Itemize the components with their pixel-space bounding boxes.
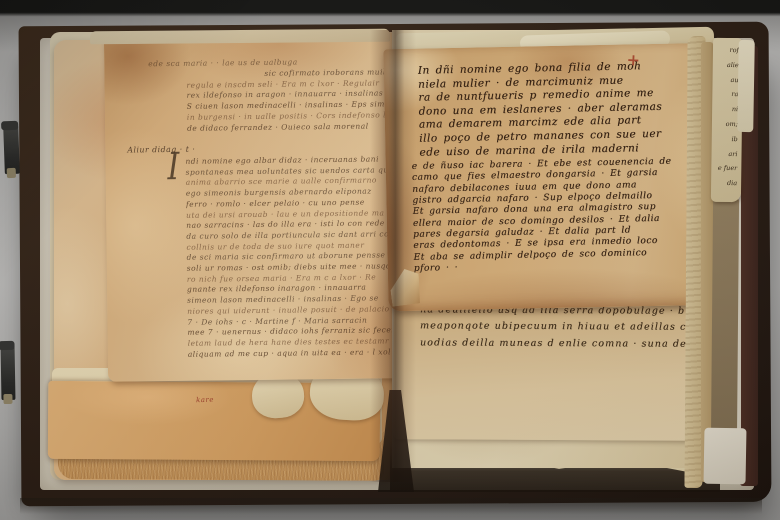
manuscript-text-line: aliquam ad me cup · aqua in uita ea · er… bbox=[188, 347, 400, 360]
fragment-text-line: dia bbox=[711, 176, 737, 191]
upper-charter-leaf: + In dñi nomine ego bona filia de mohnie… bbox=[383, 43, 722, 312]
manuscript-text-line: de didaco ferrandez · Ouieco sala morena… bbox=[147, 121, 397, 135]
fragment-text-line: au bbox=[712, 72, 738, 87]
fragment-text-line: rof bbox=[713, 43, 739, 58]
illuminated-initial: I bbox=[167, 149, 179, 187]
left-page-text-block-main: ndi nomine ego albar didaz · inceruanas … bbox=[185, 154, 399, 360]
fragment-text-line: ib bbox=[712, 132, 738, 147]
marginal-note: kare bbox=[196, 396, 214, 405]
charter-text-body: e de ñuso iac barera · Et ebe est couene… bbox=[386, 154, 722, 276]
floor-shadow bbox=[20, 498, 762, 514]
manuscript-text-line: meaponqote ubipecuum in hiuau et adeilla… bbox=[420, 319, 694, 337]
fragment-text-line: ari bbox=[711, 146, 737, 161]
manuscript-text-line: uodias deilla muneas d enlie comna · sun… bbox=[420, 335, 694, 353]
manuscript-photo: kare ede sca maria · · lae us de ualbuga… bbox=[0, 0, 780, 520]
fragment-text-line: ra bbox=[712, 87, 738, 102]
fragment-text-line: om; bbox=[712, 117, 738, 132]
charter-text-opening: In dñi nomine ego bona filia de mohniela… bbox=[383, 43, 719, 161]
fore-edge-leaf-dark bbox=[711, 198, 739, 446]
book-clasp bbox=[1, 344, 16, 400]
left-manuscript-page: ede sca maria · · lae us de ualbugasic c… bbox=[104, 32, 400, 382]
fragment-text-line: ni bbox=[712, 102, 738, 117]
fragment-text-line: alie bbox=[713, 58, 739, 73]
left-page-text-block-upper: ede sca maria · · lae us de ualbugasic c… bbox=[146, 56, 397, 135]
left-page-top-edge bbox=[90, 29, 390, 45]
red-cross-mark: + bbox=[626, 50, 640, 70]
bottom-right-endpaper bbox=[704, 428, 747, 485]
book-clasp bbox=[3, 124, 20, 174]
fragment-text-line: e fuer bbox=[711, 161, 737, 176]
fore-edge-tab bbox=[737, 40, 755, 132]
left-page-heading: Aliur didag · t · bbox=[127, 143, 297, 154]
